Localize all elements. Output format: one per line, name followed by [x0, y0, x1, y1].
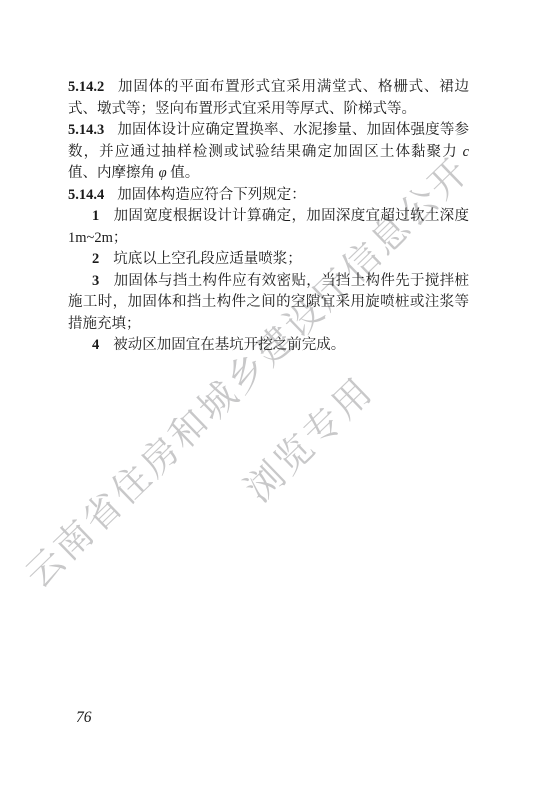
clause-5-14-2: 5.14.2加固体的平面布置形式宜采用满堂式、格栅式、裙边式、墩式等；竖向布置形… — [68, 77, 469, 120]
list-item-4: 4被动区加固宜在基坑开挖之前完成。 — [68, 335, 469, 357]
list-item-1-text: 加固宽度根据设计计算确定，加固深度宜超过软土深度1m~2m； — [68, 208, 469, 246]
clause-5-14-2-text: 加固体的平面布置形式宜采用满堂式、格栅式、裙边式、墩式等；竖向布置形式宜采用等厚… — [68, 79, 469, 117]
clause-5-14-3-text-2: 值、内摩擦角 — [68, 165, 159, 181]
list-item-4-text: 被动区加固宜在基坑开挖之前完成。 — [113, 337, 345, 353]
clause-5-14-3: 5.14.3加固体设计应确定置换率、水泥掺量、加固体强度等参数，并应通过抽样检测… — [68, 120, 469, 185]
list-item-1: 1加固宽度根据设计计算确定，加固深度宜超过软土深度1m~2m； — [68, 206, 469, 249]
list-item-2-text: 坑底以上空孔段应适量喷浆； — [113, 251, 302, 267]
clause-5-14-3-number: 5.14.3 — [68, 122, 117, 138]
list-item-3-number: 3 — [92, 273, 113, 289]
list-item-2-number: 2 — [92, 251, 113, 267]
document-page: 云南省住房和城乡建设厅信息公开 浏览专用 5.14.2加固体的平面布置形式宜采用… — [0, 0, 536, 793]
list-item-2: 2坑底以上空孔段应适量喷浆； — [68, 249, 469, 271]
clause-5-14-4: 5.14.4加固体构造应符合下列规定： — [68, 185, 469, 207]
list-item-3: 3加固体与挡土构件应有效密贴，当挡土构件先于搅拌桩施工时，加固体和挡土构件之间的… — [68, 271, 469, 336]
clause-5-14-4-number: 5.14.4 — [68, 187, 117, 203]
clause-5-14-2-number: 5.14.2 — [68, 79, 117, 95]
variable-c: c — [463, 144, 469, 160]
list-item-4-number: 4 — [92, 337, 113, 353]
clause-5-14-4-text: 加固体构造应符合下列规定： — [117, 187, 306, 203]
text-block: 5.14.2加固体的平面布置形式宜采用满堂式、格栅式、裙边式、墩式等；竖向布置形… — [68, 77, 469, 357]
clause-5-14-3-text-1: 加固体设计应确定置换率、水泥掺量、加固体强度等参数，并应通过抽样检测或试验结果确… — [68, 122, 469, 160]
clause-5-14-3-text-3: 值。 — [167, 165, 200, 181]
page-number: 76 — [76, 709, 92, 727]
variable-phi: φ — [159, 165, 167, 181]
list-item-3-text: 加固体与挡土构件应有效密贴，当挡土构件先于搅拌桩施工时，加固体和挡土构件之间的空… — [68, 273, 469, 332]
list-item-1-number: 1 — [92, 208, 113, 224]
